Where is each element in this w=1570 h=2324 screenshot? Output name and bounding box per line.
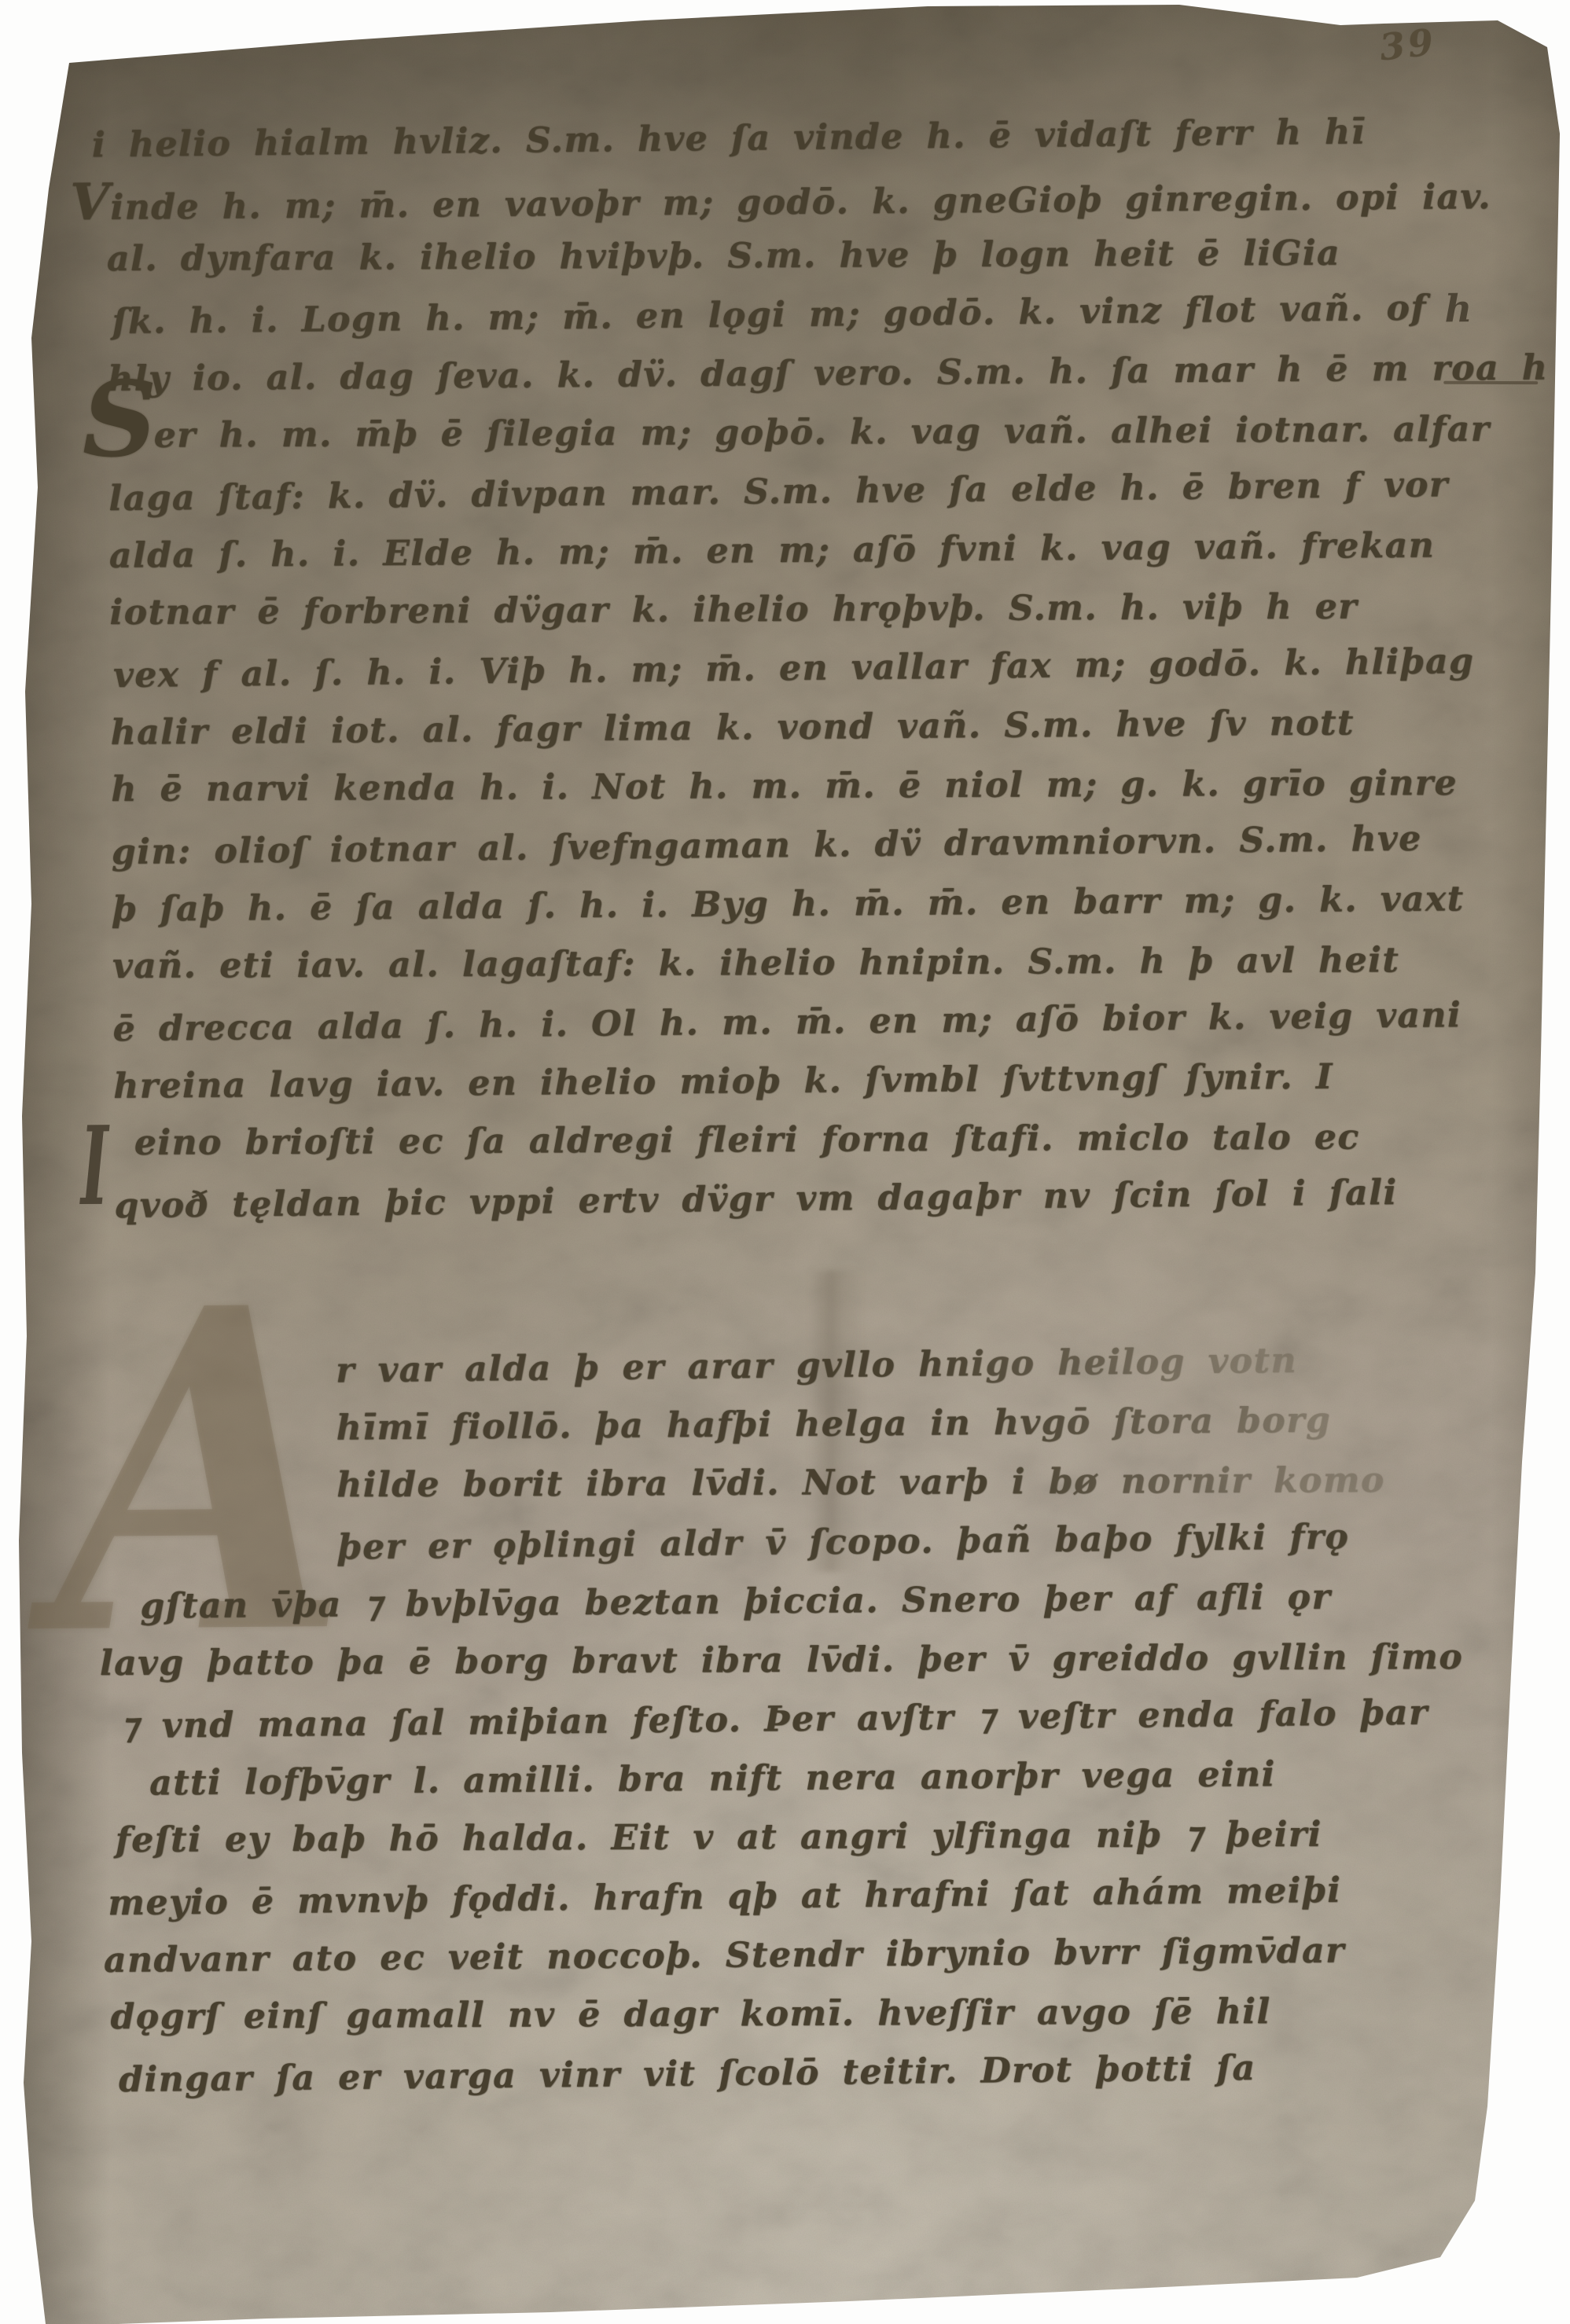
manuscript-line: þer er ǫþlingi aldr v̄ ſcopo. þañ baþo f…: [336, 1506, 1513, 1577]
manuscript-line: hilde borit ibra lv̄di. Not varþ i bø no…: [336, 1450, 1512, 1514]
marginal-initial-i: I: [80, 1112, 109, 1221]
photo-background: 39 i helio hialm hvliz. S.m. hve ſa vind…: [0, 0, 1570, 2324]
manuscript-line: dǫgrſ einſ gamall nv ē dagr komī. hveſſi…: [110, 1981, 1516, 2047]
parchment-page: 39 i helio hialm hvliz. S.m. hve ſa vind…: [0, 0, 1570, 2324]
marginal-initial-s: S: [82, 368, 157, 472]
manuscript-line: dingar ſa er varga vinr vit ſcolō teitir…: [119, 2036, 1517, 2109]
manuscript-line: vañ. eti iav. al. lagaſtaf: k. ihelio hn…: [112, 931, 1496, 996]
manuscript-text-layer: 39 i helio hialm hvliz. S.m. hve ſa vind…: [0, 0, 1570, 2324]
manuscript-line: hīmī fiollō. þa hafþi helga in hvgō ſtor…: [336, 1390, 1512, 1458]
manuscript-line: lavg þatto þa ē borg bravt ibra lv̄di. þ…: [100, 1628, 1513, 1693]
manuscript-line: er h. m. m̄þ ē ſilegia m; goþō. k. vag v…: [154, 400, 1492, 465]
manuscript-line: al. dynfara k. ihelio hviþvþ. S.m. hve þ…: [107, 223, 1491, 288]
marginal-letter-h: h: [1444, 287, 1472, 331]
manuscript-line: iotnar ē forbreni dv̈gar k. ihelio hrǫþv…: [109, 577, 1493, 642]
manuscript-line: r var alda þ er arar gvllo hnigo heilog …: [336, 1329, 1512, 1401]
poem-helgakvida-block: r var alda þ er arar gvllo hnigo heilog …: [104, 1331, 1517, 2108]
poem-alvissmal-block: i helio hialm hvliz. S.m. hve ſa vinde h…: [105, 103, 1498, 1234]
manuscript-line: atti lofþv̄gr l. amilli. bra nift nera a…: [149, 1743, 1515, 1813]
manuscript-line: h ē narvi kenda h. i. Not h. m. m̄. ē ni…: [111, 754, 1495, 819]
page-number: 39: [1377, 20, 1439, 69]
marginal-dash-mark: [1443, 381, 1538, 384]
manuscript-line: eino brioſti ec ſa aldregi fleiri forna …: [134, 1107, 1498, 1173]
manuscript-line: feſti ey baþ hō halda. Eit v at angri yl…: [116, 1804, 1515, 1870]
